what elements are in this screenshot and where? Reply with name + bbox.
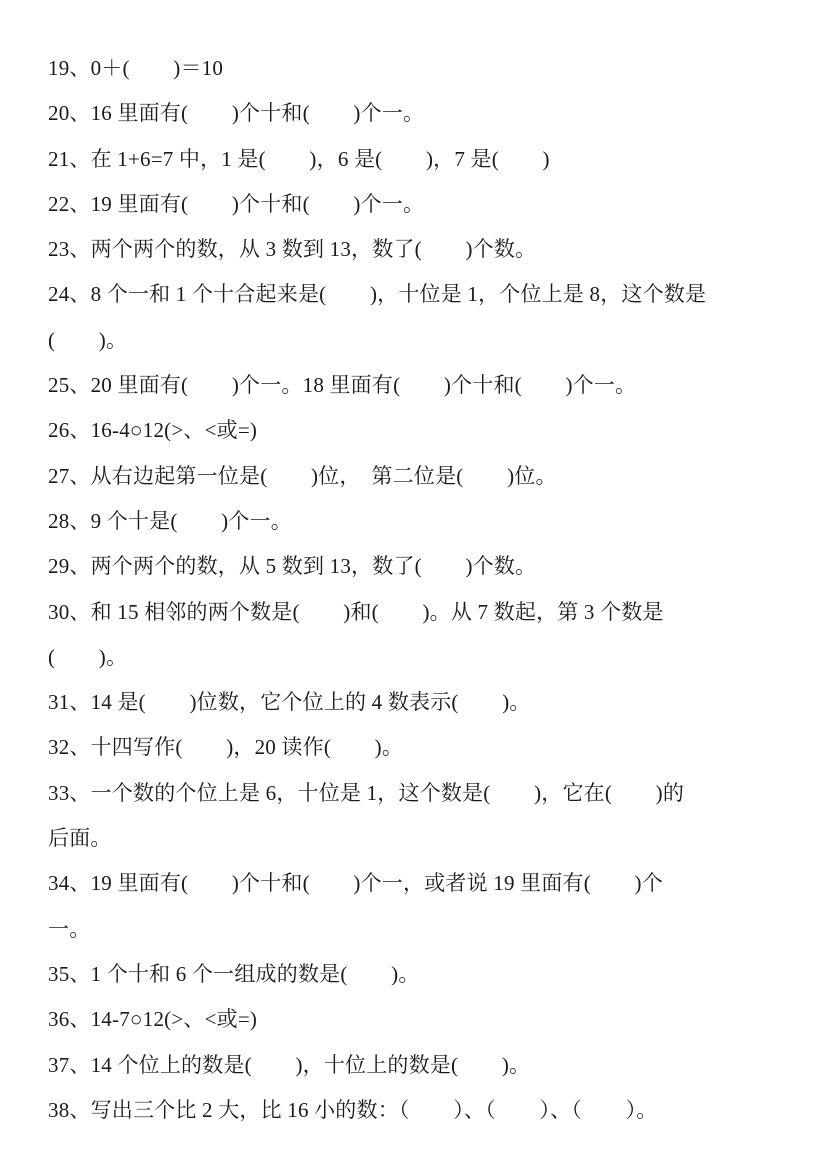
- question-33: 33、一个数的个位上是 6，十位是 1，这个数是( )，它在( )的: [48, 771, 787, 816]
- question-19: 19、0＋( )＝10: [48, 46, 787, 91]
- question-29: 29、两个两个的数，从 5 数到 13，数了( )个数。: [48, 544, 787, 589]
- question-28: 28、9 个十是( )个一。: [48, 499, 787, 544]
- question-24-continuation: ( )。: [48, 318, 787, 363]
- question-33-continuation: 后面。: [48, 816, 787, 861]
- question-30: 30、和 15 相邻的两个数是( )和( )。从 7 数起，第 3 个数是: [48, 590, 787, 635]
- question-23: 23、两个两个的数，从 3 数到 13，数了( )个数。: [48, 227, 787, 272]
- question-24: 24、8 个一和 1 个十合起来是( )，十位是 1，个位上是 8，这个数是: [48, 272, 787, 317]
- question-32: 32、十四写作( )，20 读作( )。: [48, 725, 787, 770]
- question-20: 20、16 里面有( )个十和( )个一。: [48, 91, 787, 136]
- question-31: 31、14 是( )位数，它个位上的 4 数表示( )。: [48, 680, 787, 725]
- worksheet-page: 19、0＋( )＝10 20、16 里面有( )个十和( )个一。 21、在 1…: [0, 0, 827, 1169]
- question-22: 22、19 里面有( )个十和( )个一。: [48, 182, 787, 227]
- question-36: 36、14-7○12(>、<或=): [48, 997, 787, 1042]
- question-34: 34、19 里面有( )个十和( )个一，或者说 19 里面有( )个: [48, 861, 787, 906]
- question-37: 37、14 个位上的数是( )，十位上的数是( )。: [48, 1043, 787, 1088]
- question-34-continuation: 一。: [48, 907, 787, 952]
- question-27: 27、从右边起第一位是( )位， 第二位是( )位。: [48, 454, 787, 499]
- question-21: 21、在 1+6=7 中，1 是( )，6 是( )，7 是( ): [48, 137, 787, 182]
- question-35: 35、1 个十和 6 个一组成的数是( )。: [48, 952, 787, 997]
- question-26: 26、16-4○12(>、<或=): [48, 408, 787, 453]
- question-38: 38、写出三个比 2 大，比 16 小的数：（ ）、（ ）、（ ）。: [48, 1088, 787, 1133]
- question-25: 25、20 里面有( )个一。18 里面有( )个十和( )个一。: [48, 363, 787, 408]
- question-30-continuation: ( )。: [48, 635, 787, 680]
